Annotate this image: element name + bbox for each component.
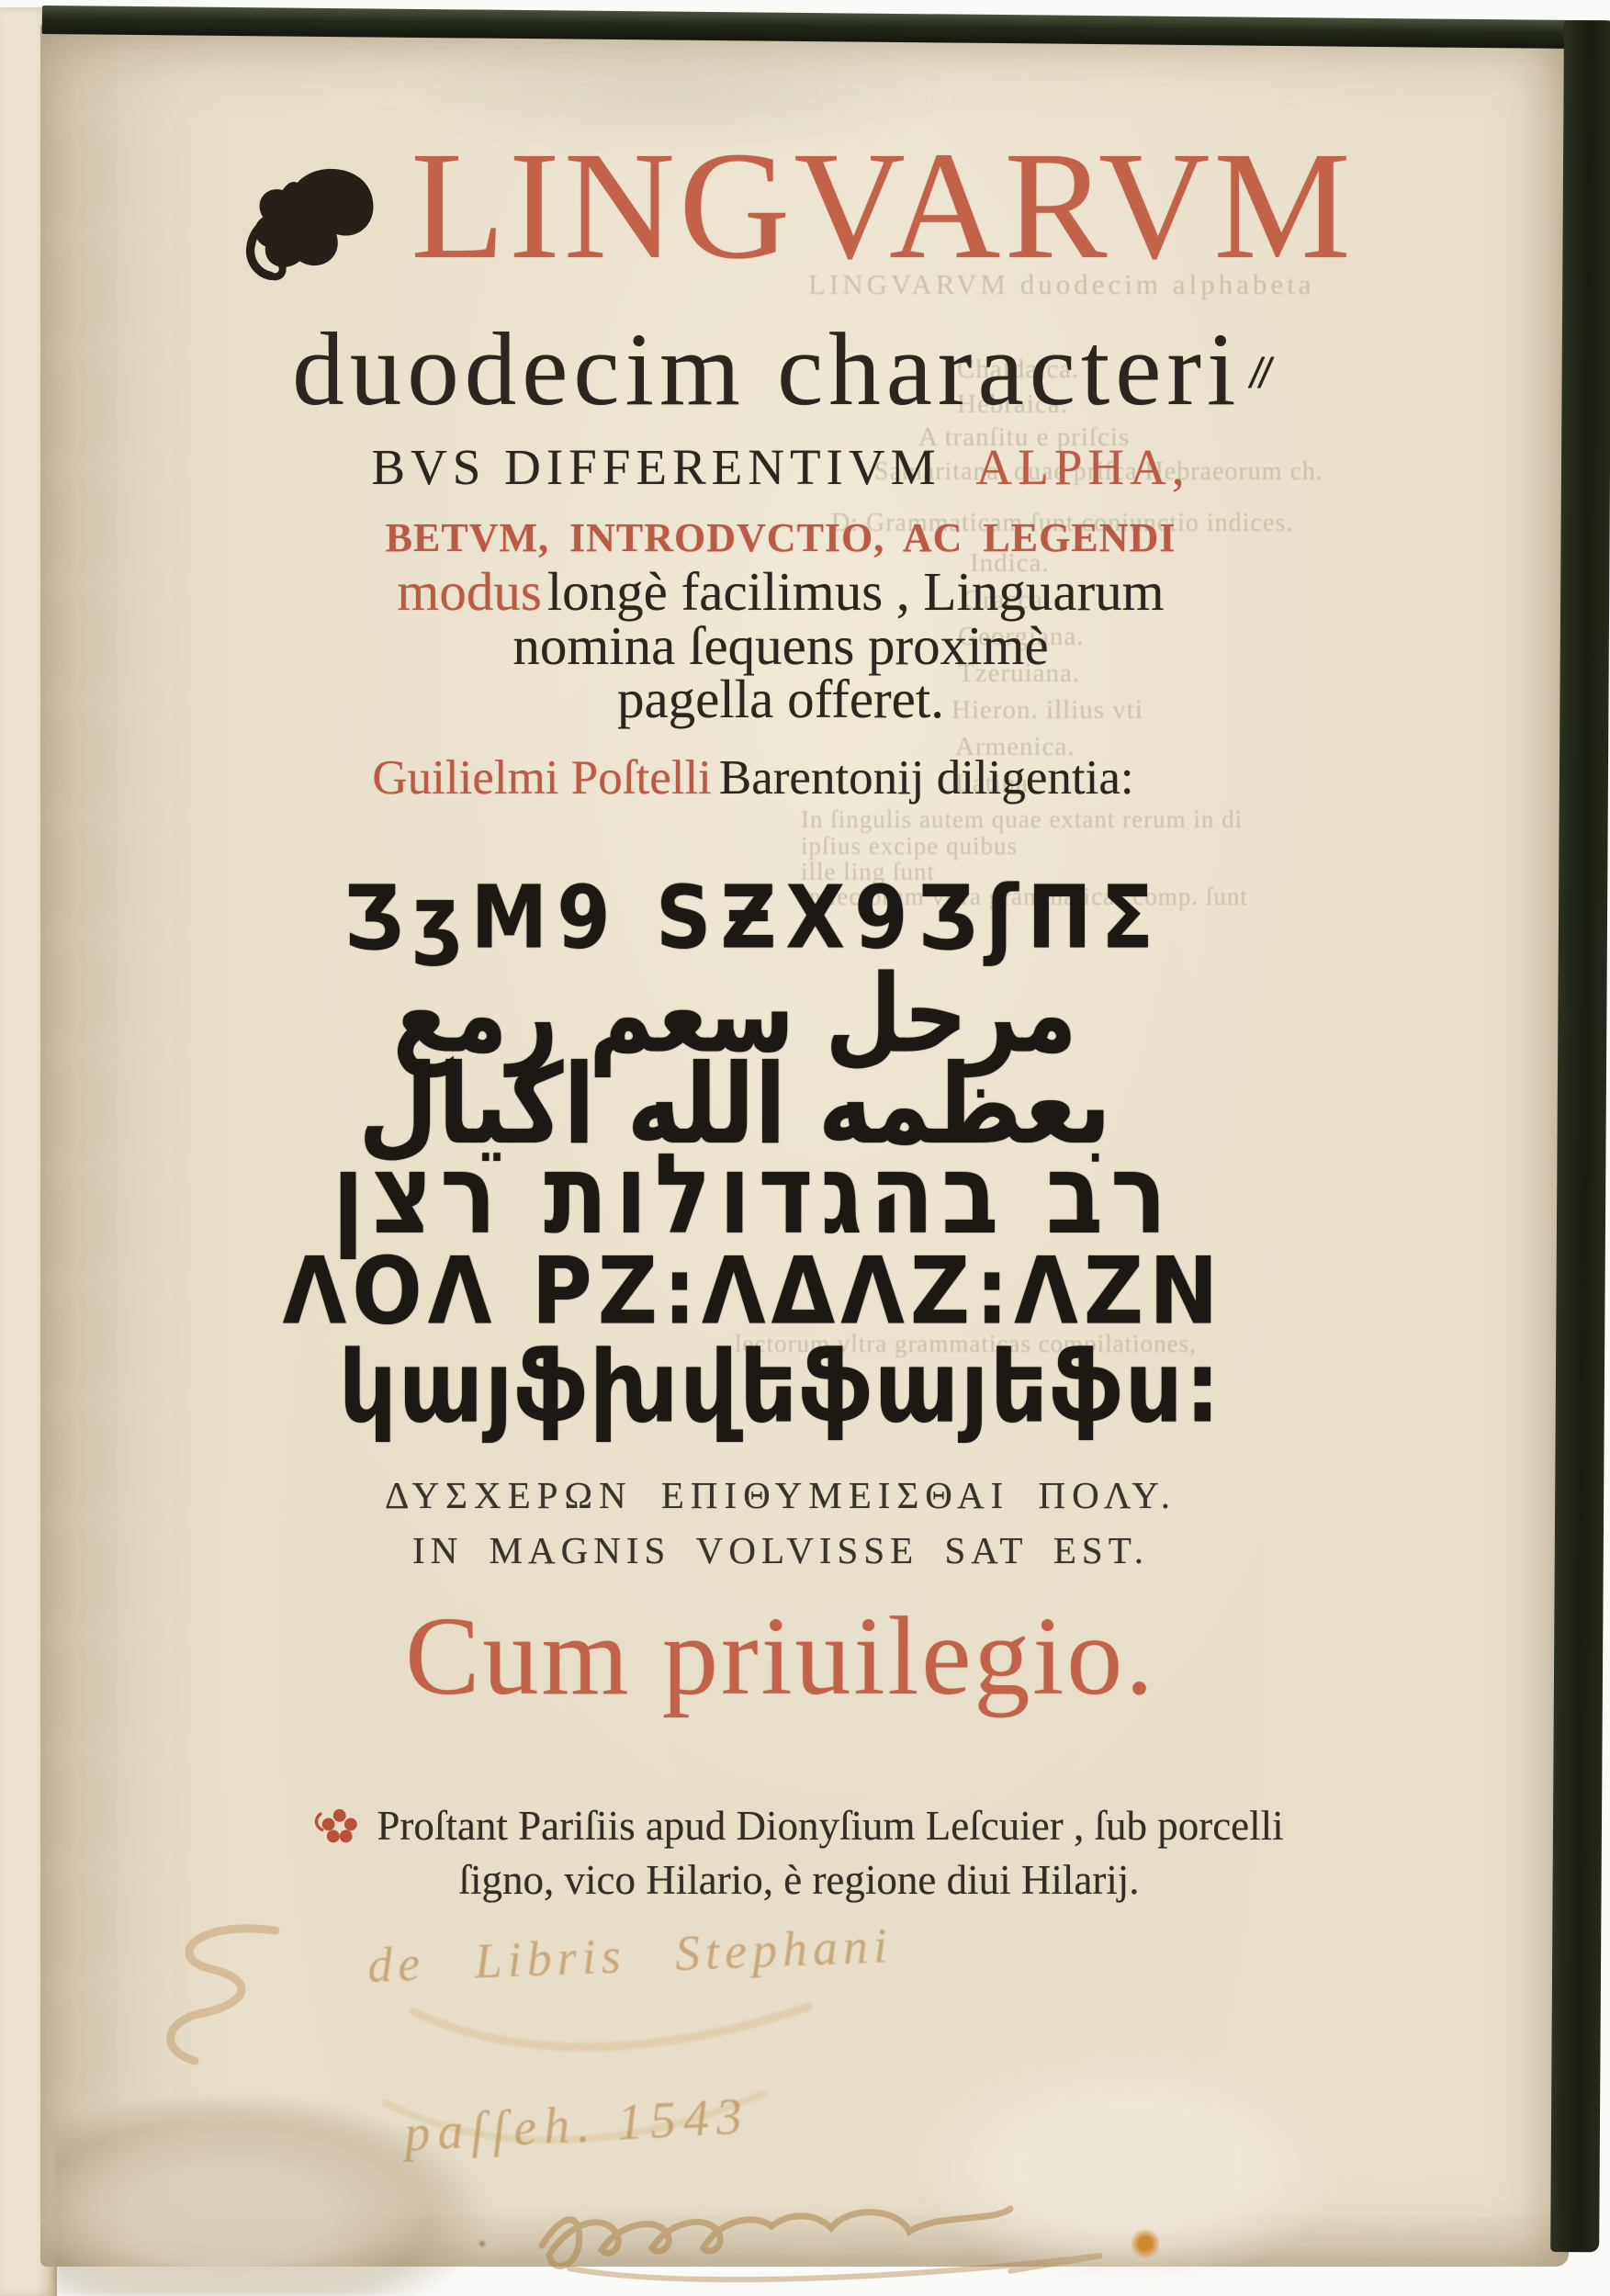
title-line-2: duodecim characteri// (211, 310, 1350, 430)
subtitle-caps-black: BVS DIFFERENTIVM (371, 439, 940, 495)
byline: Guilielmi PoſtelliBarentonĳ diligentia: (184, 750, 1323, 805)
author-name-red: Guilielmi Poſtelli (372, 751, 712, 805)
signature-flourish (514, 2158, 1139, 2296)
subtitle-caps-line-2: BETVM, INTRODVCTIO, AC LEGENDI (211, 514, 1350, 561)
script-specimen-armenian: կայֆխվեֆայեֆս: (257, 1330, 1304, 1445)
title-line-2-text: duodecim characteri (292, 312, 1241, 427)
subtitle-line-5: pagella offeret. (211, 668, 1350, 731)
book-title-page-photo: LINGVARVM duodecim alphabeta Chaldaica. … (0, 0, 1610, 2296)
subtitle-caps-red: ALPHA, (976, 439, 1190, 495)
main-title: LINGVARVM (411, 120, 1355, 291)
imprint-line-2: ſigno, vico Hilario, è regione diui Hila… (165, 1856, 1433, 1904)
imprint-line-1-text: Proſtant Pariſiis apud Dionyſium Leſcuie… (377, 1803, 1283, 1849)
title-line: LINGVARVM (165, 118, 1433, 330)
subtitle-line-3-black: longè facilimus , Linguarum (547, 561, 1165, 622)
hedera-leaf-icon (243, 152, 390, 330)
imprint-line-1: Proſtant Pariſiis apud Dionyſium Leſcuie… (165, 1802, 1433, 1858)
privilege-statement: Cum priuilegio. (211, 1593, 1350, 1721)
subtitle-caps-line-1: BVS DIFFERENTIVMALPHA, (211, 438, 1350, 496)
modus-word-red: modus (397, 561, 541, 622)
fleuron-flower-icon (314, 1806, 362, 1858)
showthrough-line: ipſius excipe quibus (801, 832, 1018, 861)
editor-name-black: Barentonĳ diligentia: (719, 751, 1134, 805)
latin-motto: IN MAGNIS VOLVISSE SAT EST. (184, 1528, 1378, 1572)
double-hyphen-mark: // (1247, 345, 1271, 399)
inscription-flourish (138, 1910, 349, 2076)
showthrough-line: In ſingulis autem quae extant rerum in d… (801, 805, 1243, 834)
greek-motto: ΔΥΣΧΕΡΩΝ ΕΠΙΘΥΜΕΙΣΘΑΙ ΠΟΛΥ. (184, 1473, 1378, 1517)
